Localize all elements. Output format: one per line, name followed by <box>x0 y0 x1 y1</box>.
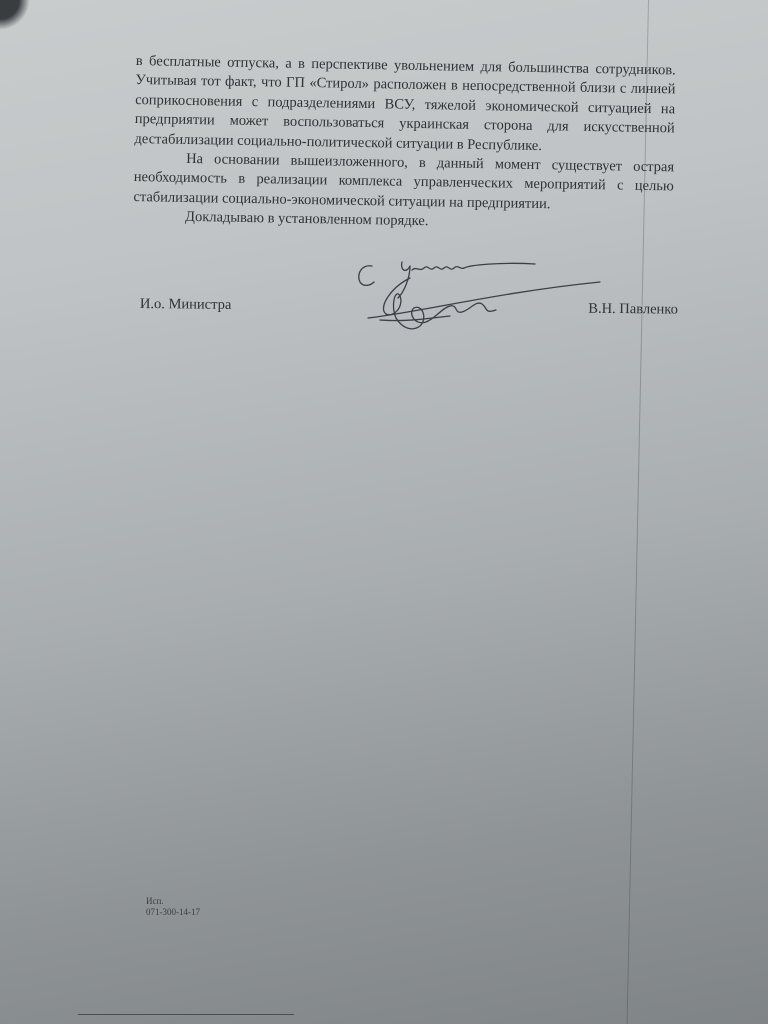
paragraph-2: На основании вышеизложенного, в данный м… <box>133 149 674 217</box>
executor-phone: 071-300-14-17 <box>146 907 200 918</box>
signature-block: И.о. Министра В.Н. Павленко <box>140 296 680 322</box>
corner-shadow <box>0 0 30 30</box>
paragraph-1: в бесплатные отпуска, а в перспективе ув… <box>134 52 676 158</box>
executor-label: Исп. <box>146 896 200 907</box>
signer-title: И.о. Министра <box>140 296 232 314</box>
document-body: в бесплатные отпуска, а в перспективе ув… <box>133 52 676 236</box>
document-page: в бесплатные отпуска, а в перспективе ув… <box>0 0 768 1024</box>
signer-name: В.Н. Павленко <box>588 301 678 319</box>
bottom-divider <box>78 1014 294 1015</box>
executor-note: Исп. 071-300-14-17 <box>146 896 200 918</box>
handwritten-signature-icon <box>350 248 610 343</box>
